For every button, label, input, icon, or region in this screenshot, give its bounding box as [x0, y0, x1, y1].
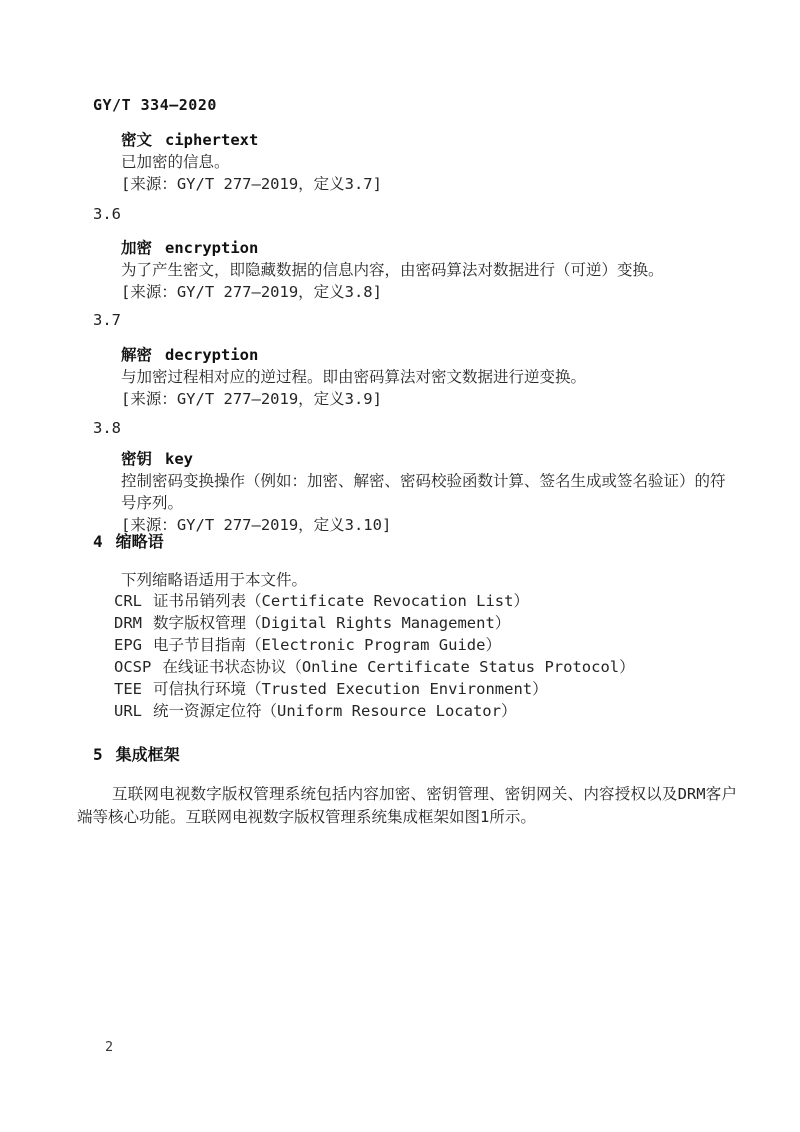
document-page: { "page": { "header": "GY/T 334—2020", "…: [0, 0, 800, 1132]
term-entry: 加密encryption 为了产生密文，即隐藏数据的信息内容，由密码算法对数据进…: [121, 237, 737, 303]
section-title: 缩略语: [116, 532, 164, 551]
abbreviation-code: OCSP: [114, 658, 151, 676]
abbreviation-code: EPG: [114, 636, 142, 654]
body-paragraph: 互联网电视数字版权管理系统包括内容加密、密钥管理、密钥网关、内容授权以及DRM客…: [77, 783, 737, 828]
term-entry: 解密decryption 与加密过程相对应的逆过程。即由密码算法对密文数据进行逆…: [121, 344, 737, 410]
term-en: encryption: [165, 239, 258, 257]
term-en: ciphertext: [165, 131, 258, 149]
term-cn: 加密: [121, 239, 152, 257]
term-en: key: [165, 450, 193, 468]
section-title: 集成框架: [116, 745, 180, 764]
abbreviation-item: URL统一资源定位符（Uniform Resource Locator）: [114, 700, 739, 722]
term-entry: 密文ciphertext 已加密的信息。 [来源：GY/T 277—2019，定…: [121, 129, 737, 195]
abbreviation-full: 数字版权管理（Digital Rights Management）: [153, 614, 510, 632]
abbreviations-intro: 下列缩略语适用于本文件。: [121, 568, 307, 590]
term-en: decryption: [165, 346, 258, 364]
clause-number: 3.7: [93, 311, 121, 329]
term-cn: 密文: [121, 131, 152, 149]
abbreviation-full: 电子节目指南（Electronic Program Guide）: [153, 636, 501, 654]
term-line: 密文ciphertext: [121, 129, 737, 151]
term-source: [来源：GY/T 277—2019，定义3.8]: [121, 281, 737, 303]
clause-number: 3.8: [93, 419, 121, 437]
abbreviation-item: OCSP在线证书状态协议（Online Certificate Status P…: [114, 656, 739, 678]
term-entry: 密钥key 控制密码变换操作（例如：加密、解密、密码校验函数计算、签名生成或签名…: [121, 448, 737, 536]
abbreviation-item: TEE可信执行环境（Trusted Execution Environment）: [114, 678, 739, 700]
term-line: 加密encryption: [121, 237, 737, 259]
term-definition: 已加密的信息。: [121, 151, 737, 173]
section-number: 5: [93, 745, 103, 764]
term-cn: 解密: [121, 346, 152, 364]
term-definition: 为了产生密文，即隐藏数据的信息内容，由密码算法对数据进行（可逆）变换。: [121, 259, 737, 281]
term-source: [来源：GY/T 277—2019，定义3.7]: [121, 173, 737, 195]
abbreviation-full: 证书吊销列表（Certificate Revocation List）: [153, 592, 529, 610]
section-number: 4: [93, 532, 103, 551]
abbreviation-code: CRL: [114, 592, 142, 610]
term-source: [来源：GY/T 277—2019，定义3.9]: [121, 388, 737, 410]
abbreviation-full: 统一资源定位符（Uniform Resource Locator）: [153, 702, 516, 720]
term-definition: 控制密码变换操作（例如：加密、解密、密码校验函数计算、签名生成或签名验证）的符号…: [121, 470, 737, 514]
abbreviation-full: 可信执行环境（Trusted Execution Environment）: [153, 680, 548, 698]
abbreviation-list: CRL证书吊销列表（Certificate Revocation List） D…: [114, 590, 739, 722]
term-cn: 密钥: [121, 450, 152, 468]
clause-number: 3.6: [93, 205, 121, 223]
abbreviation-code: URL: [114, 702, 142, 720]
term-source: [来源：GY/T 277—2019，定义3.10]: [121, 514, 737, 536]
section-heading: 4缩略语: [93, 529, 164, 552]
abbreviation-full: 在线证书状态协议（Online Certificate Status Proto…: [162, 658, 634, 676]
abbreviation-item: DRM数字版权管理（Digital Rights Management）: [114, 612, 739, 634]
abbreviation-code: TEE: [114, 680, 142, 698]
abbreviation-code: DRM: [114, 614, 142, 632]
term-definition: 与加密过程相对应的逆过程。即由密码算法对密文数据进行逆变换。: [121, 366, 737, 388]
abbreviation-item: CRL证书吊销列表（Certificate Revocation List）: [114, 590, 739, 612]
page-number: 2: [105, 1039, 113, 1055]
abbreviation-item: EPG电子节目指南（Electronic Program Guide）: [114, 634, 739, 656]
term-line: 解密decryption: [121, 344, 737, 366]
term-line: 密钥key: [121, 448, 737, 470]
doc-header: GY/T 334—2020: [93, 96, 217, 114]
section-heading: 5集成框架: [93, 742, 180, 765]
